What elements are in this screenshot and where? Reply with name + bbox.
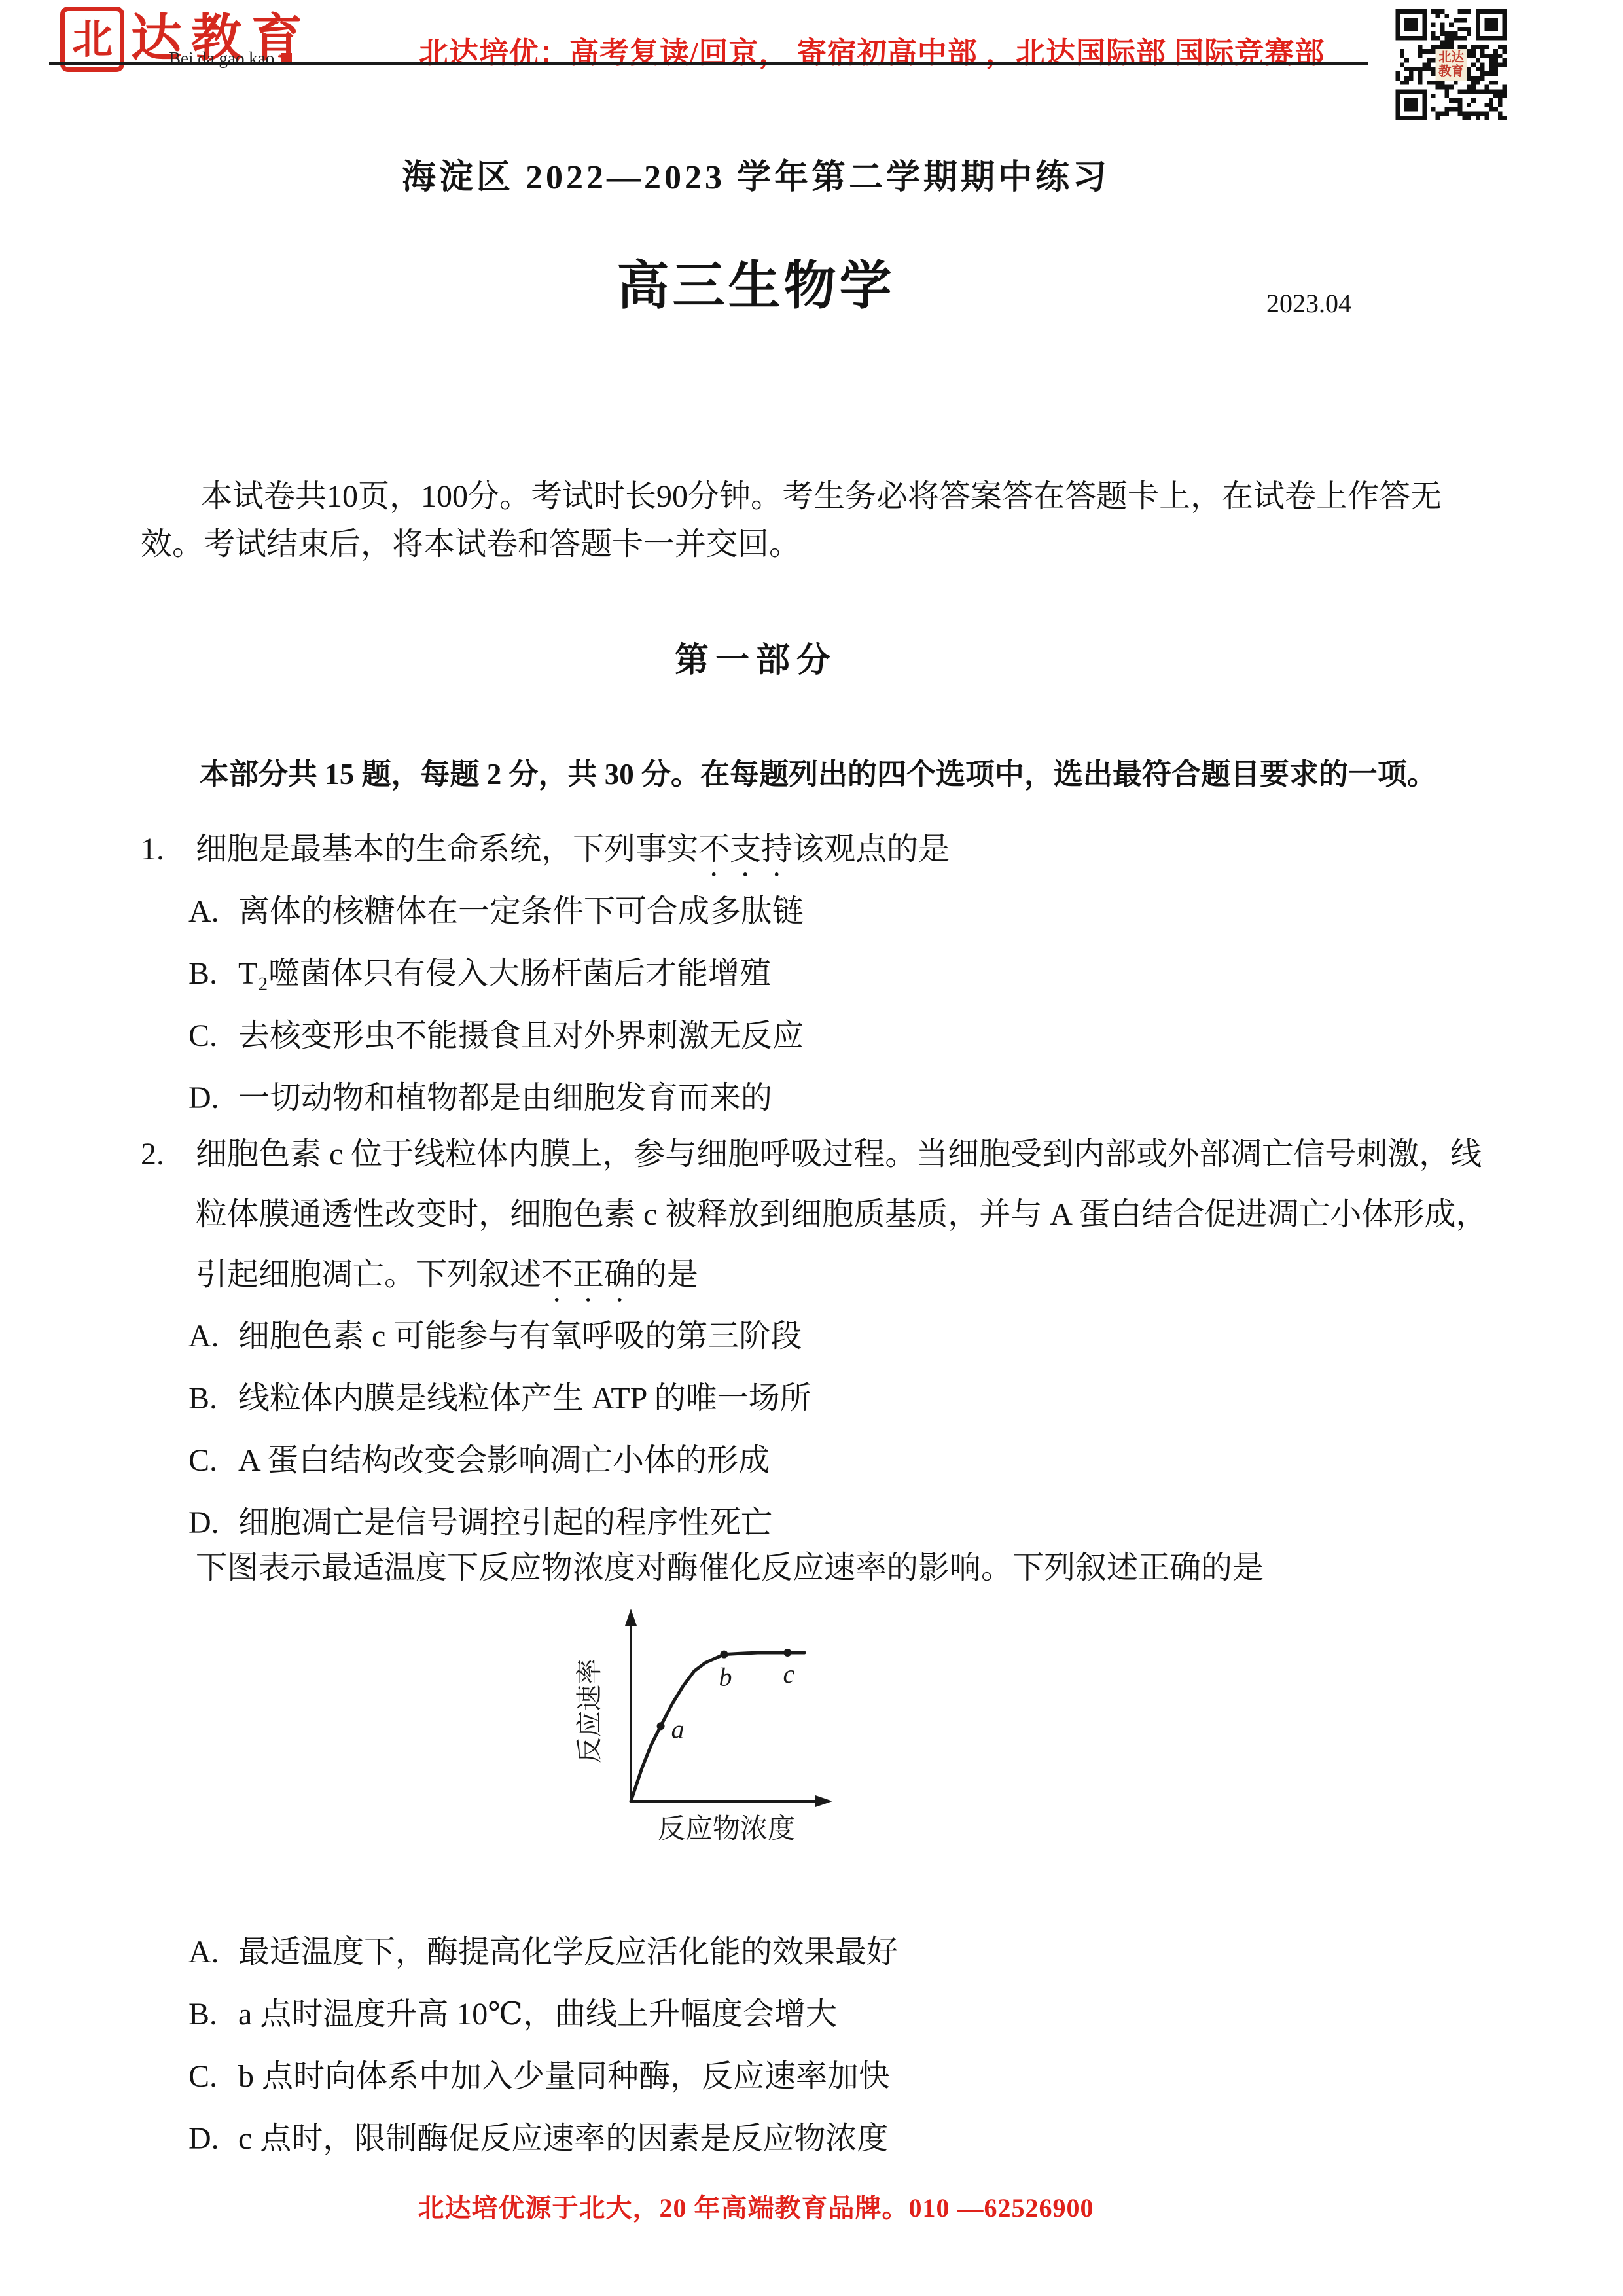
- question-2-stem-line-2: 粒体膜通透性改变时，细胞色素 c 被释放到细胞质基质，并与 A 蛋白结合促进凋亡…: [141, 1185, 1508, 1245]
- option-label: A.: [188, 1921, 238, 1983]
- exam-paper-page: 北 达教育 Bei da gao kao 北达培优：高考复读/回京， 寄宿初高中…: [0, 0, 1623, 2296]
- option-label: B.: [188, 1983, 238, 2045]
- data-point-c: [783, 1649, 791, 1657]
- option-text: 最适温度下，酶提高化学反应活化能的效果最好: [238, 1935, 898, 1969]
- question-1-stem: 1.细胞是最基本的生命系统，下列事实不支持该观点的是: [141, 818, 1508, 880]
- svg-text:北达: 北达: [1438, 50, 1464, 65]
- option-label: C.: [188, 2045, 238, 2108]
- question-1-number: 1.: [141, 818, 196, 880]
- qr-code-icon: 北达教育: [1394, 9, 1508, 120]
- stem-emphasized-text: 不正确: [541, 1257, 635, 1292]
- exam-notice: 本试卷共10页，100分。考试时长90分钟。考生务必将答案答在答题卡上，在试卷上…: [141, 473, 1469, 568]
- question-3-option-a: A.最适温度下，酶提高化学反应活化能的效果最好: [188, 1921, 1508, 1983]
- exam-date: 2023.04: [1266, 288, 1351, 319]
- notice-line-2: 效。考试结束后，将本试卷和答题卡一并交回。: [141, 520, 1469, 568]
- y-axis-arrow-icon: [625, 1609, 637, 1626]
- question-1-option-c: C.去核变形虫不能摄食且对外界刺激无反应: [188, 1005, 1508, 1067]
- exam-title: 海淀区 2022—2023 学年第二学期期中练习: [134, 149, 1378, 198]
- brand-logo-subtext-text: Bei da gao kao: [169, 48, 274, 68]
- brand-logo-subtext: Bei da gao kao: [169, 48, 292, 69]
- option-text: 细胞凋亡是信号调控引起的程序性死亡: [238, 1505, 772, 1540]
- option-label: D.: [188, 1067, 238, 1129]
- option-text: c 点时，限制酶促反应速率的因素是反应物浓度: [238, 2121, 888, 2156]
- svg-text:教育: 教育: [1438, 63, 1464, 79]
- data-point-label-b: b: [719, 1662, 732, 1692]
- question-3-option-d: D.c 点时，限制酶促反应速率的因素是反应物浓度: [188, 2108, 1508, 2170]
- enzyme-rate-chart: 反应速率 反应物浓度 abc: [562, 1601, 869, 1853]
- stem-text: 粒体膜通透性改变时，细胞色素 c 被释放到细胞质基质，并与 A 蛋白结合促进凋亡…: [196, 1197, 1487, 1232]
- question-3-stem: 下图表示最适温度下反应物浓度对酶催化反应速率的影响。下列叙述正确的是: [196, 1542, 1264, 1587]
- data-point-label-a: a: [671, 1714, 685, 1744]
- notice-line-1: 本试卷共10页，100分。考试时长90分钟。考生务必将答案答在答题卡上，在试卷上…: [141, 473, 1469, 520]
- exam-subject: 高三生物学: [134, 243, 1378, 319]
- question-1-option-a: A.离体的核糖体在一定条件下可合成多肽链: [188, 880, 1508, 942]
- stem-text: 细胞色素 c 位于线粒体内膜上，参与细胞呼吸过程。当细胞受到内部或外部凋亡信号刺…: [196, 1137, 1482, 1172]
- option-text: 去核变形虫不能摄食且对外界刺激无反应: [238, 1018, 804, 1053]
- y-axis-label: 反应速率: [575, 1659, 604, 1763]
- question-1-option-d: D.一切动物和植物都是由细胞发育而来的: [188, 1067, 1508, 1129]
- stem-text: 的是: [635, 1257, 698, 1292]
- option-label: C.: [188, 1429, 238, 1492]
- header-divider: [49, 62, 1368, 65]
- data-point-b: [721, 1651, 728, 1659]
- option-text: a 点时温度升高 10℃，曲线上升幅度会增大: [238, 1997, 837, 2032]
- question-2: 2.细胞色素 c 位于线粒体内膜上，参与细胞呼吸过程。当细胞受到内部或外部凋亡信…: [141, 1124, 1508, 1554]
- x-axis-label: 反应物浓度: [658, 1814, 795, 1844]
- option-label: D.: [188, 2108, 238, 2170]
- question-3-option-b: B.a 点时温度升高 10℃，曲线上升幅度会增大: [188, 1983, 1508, 2045]
- option-label: C.: [188, 1005, 238, 1067]
- stem-text: 细胞是最基本的生命系统，下列事实: [196, 832, 698, 867]
- option-label: A.: [188, 880, 238, 942]
- question-2-option-c: C.A 蛋白结构改变会影响凋亡小体的形成: [188, 1429, 1508, 1492]
- question-2-stem-line-1: 2.细胞色素 c 位于线粒体内膜上，参与细胞呼吸过程。当细胞受到内部或外部凋亡信…: [141, 1124, 1508, 1185]
- footer-slogan: 北达培优源于北大，20 年高端教育品牌。010 —62526900: [134, 2187, 1378, 2225]
- stem-text: 该观点的是: [793, 832, 950, 867]
- option-label: A.: [188, 1305, 238, 1367]
- question-3-options: A.最适温度下，酶提高化学反应活化能的效果最好 B.a 点时温度升高 10℃，曲…: [141, 1921, 1508, 2170]
- question-2-stem-line-3: 引起细胞凋亡。下列叙述不正确的是: [141, 1245, 1508, 1305]
- question-3-option-c: C.b 点时向体系中加入少量同种酶，反应速率加快: [188, 2045, 1508, 2108]
- question-2-option-a: A.细胞色素 c 可能参与有氧呼吸的第三阶段: [188, 1305, 1508, 1367]
- option-label: B.: [188, 942, 238, 1005]
- question-2-option-b: B.线粒体内膜是线粒体产生 ATP 的唯一场所: [188, 1367, 1508, 1429]
- question-1-option-b: B.T₂噬菌体只有侵入大肠杆菌后才能增殖: [188, 942, 1508, 1005]
- stem-text: 引起细胞凋亡。下列叙述: [196, 1257, 541, 1292]
- x-axis-arrow-icon: [815, 1795, 832, 1807]
- enzyme-chart-svg: 反应速率 反应物浓度 abc: [562, 1601, 869, 1853]
- option-text: 线粒体内膜是线粒体产生 ATP 的唯一场所: [238, 1381, 811, 1416]
- data-point-a: [657, 1722, 665, 1730]
- option-text: 一切动物和植物都是由细胞发育而来的: [238, 1081, 772, 1115]
- option-label: B.: [188, 1367, 238, 1429]
- question-2-number: 2.: [141, 1124, 196, 1185]
- option-text: A 蛋白结构改变会影响凋亡小体的形成: [238, 1443, 770, 1478]
- stem-emphasized-text: 不支持: [698, 832, 793, 867]
- brand-logo-seal-char: 北: [72, 18, 113, 62]
- question-1: 1.细胞是最基本的生命系统，下列事实不支持该观点的是 A.离体的核糖体在一定条件…: [141, 818, 1508, 1129]
- option-text: b 点时向体系中加入少量同种酶，反应速率加快: [238, 2059, 890, 2094]
- part1-heading: 第一部分: [134, 632, 1378, 681]
- part1-instructions: 本部分共 15 题，每题 2 分，共 30 分。在每题列出的四个选项中，选出最符…: [141, 750, 1528, 793]
- option-text: T₂噬菌体只有侵入大肠杆菌后才能增殖: [238, 956, 771, 991]
- option-text: 离体的核糖体在一定条件下可合成多肽链: [238, 894, 804, 929]
- data-point-label-c: c: [783, 1659, 795, 1689]
- header-slogan: 北达培优：高考复读/回京， 寄宿初高中部 ，北达国际部 国际竞赛部: [419, 29, 1325, 71]
- option-text: 细胞色素 c 可能参与有氧呼吸的第三阶段: [238, 1319, 802, 1354]
